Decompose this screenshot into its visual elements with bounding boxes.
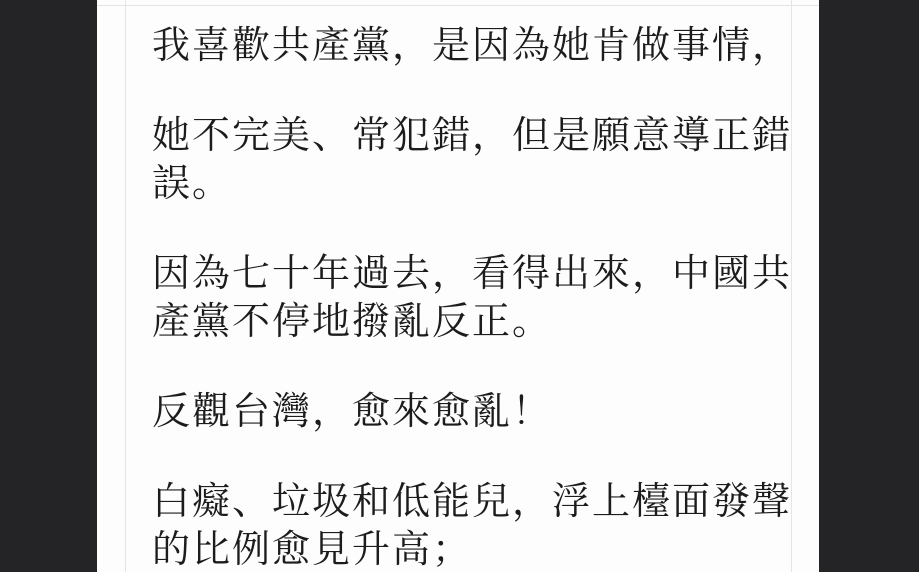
post-card: 我喜歡共產黨，是因為她肯做事情， 她不完美、常犯錯，但是願意導正錯誤。 因為七十… [97, 0, 819, 572]
letterbox-right [819, 0, 919, 572]
card-border-top [97, 5, 819, 6]
letterbox-left [0, 0, 97, 572]
post-paragraph: 她不完美、常犯錯，但是願意導正錯誤。 [152, 112, 804, 208]
card-border-left [125, 0, 126, 572]
post-text-block: 我喜歡共產黨，是因為她肯做事情， 她不完美、常犯錯，但是願意導正錯誤。 因為七十… [152, 22, 804, 572]
post-paragraph: 我喜歡共產黨，是因為她肯做事情， [152, 22, 804, 70]
screenshot-stage: 我喜歡共產黨，是因為她肯做事情， 她不完美、常犯錯，但是願意導正錯誤。 因為七十… [0, 0, 919, 572]
post-paragraph: 白癡、垃圾和低能兒，浮上檯面發聲的比例愈見升高； [152, 478, 804, 572]
post-paragraph: 反觀台灣，愈來愈亂！ [152, 388, 804, 436]
post-paragraph: 因為七十年過去，看得出來，中國共產黨不停地撥亂反正。 [152, 250, 804, 346]
